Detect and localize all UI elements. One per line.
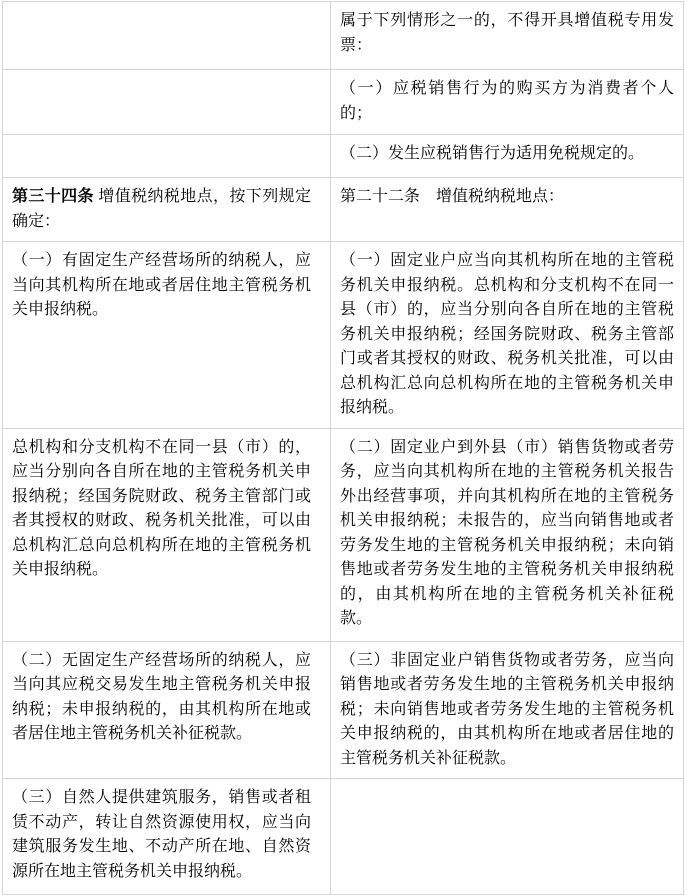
cell-left: （二）无固定生产经营场所的纳税人，应当向其应税交易发生地主管税务机关申报纳税；未… [3,641,331,779]
cell-right: （一）固定业户应当向其机构所在地的主管税务机关申报纳税。总机构和分支机构不在同一… [331,242,684,429]
cell-left: 第三十四条 增值税纳税地点，按下列规定确定： [3,178,331,242]
cell-left: 总机构和分支机构不在同一县（市）的，应当分别向各自所在地的主管税务机关申报纳税；… [3,428,331,641]
table-row: 总机构和分支机构不在同一县（市）的，应当分别向各自所在地的主管税务机关申报纳税；… [3,428,684,641]
table-row: （二）无固定生产经营场所的纳税人，应当向其应税交易发生地主管税务机关申报纳税；未… [3,641,684,779]
cell-left [3,70,331,135]
table-row: 属于下列情形之一的，不得开具增值税专用发票： [3,2,684,70]
table-row: 第三十四条 增值税纳税地点，按下列规定确定： 第二十二条 增值税纳税地点： [3,178,684,242]
cell-left: （三）自然人提供建筑服务，销售或者租赁不动产，转让自然资源使用权，应当向建筑服务… [3,779,331,895]
cell-right: （三）非固定业户销售货物或者劳务，应当向销售地或者劳务发生地的主管税务机关申报纳… [331,641,684,779]
law-comparison-table: 属于下列情形之一的，不得开具增值税专用发票： （一）应税销售行为的购买方为消费者… [2,1,684,895]
cell-right [331,779,684,895]
cell-right: （二）发生应税销售行为适用免税规定的。 [331,135,684,178]
table-row: （一）有固定生产经营场所的纳税人，应当向其机构所在地或者居住地主管税务机关申报纳… [3,242,684,429]
cell-left: （一）有固定生产经营场所的纳税人，应当向其机构所在地或者居住地主管税务机关申报纳… [3,242,331,429]
cell-left [3,135,331,178]
table-row: （二）发生应税销售行为适用免税规定的。 [3,135,684,178]
article-number: 第三十四条 [12,188,94,205]
cell-right: 属于下列情形之一的，不得开具增值税专用发票： [331,2,684,70]
cell-right: （二）固定业户到外县（市）销售货物或者劳务，应当向其机构所在地的主管税务机关报告… [331,428,684,641]
cell-right: （一）应税销售行为的购买方为消费者个人的； [331,70,684,135]
table-row: （一）应税销售行为的购买方为消费者个人的； [3,70,684,135]
table-row: （三）自然人提供建筑服务，销售或者租赁不动产，转让自然资源使用权，应当向建筑服务… [3,779,684,895]
cell-left [3,2,331,70]
cell-right: 第二十二条 增值税纳税地点： [331,178,684,242]
